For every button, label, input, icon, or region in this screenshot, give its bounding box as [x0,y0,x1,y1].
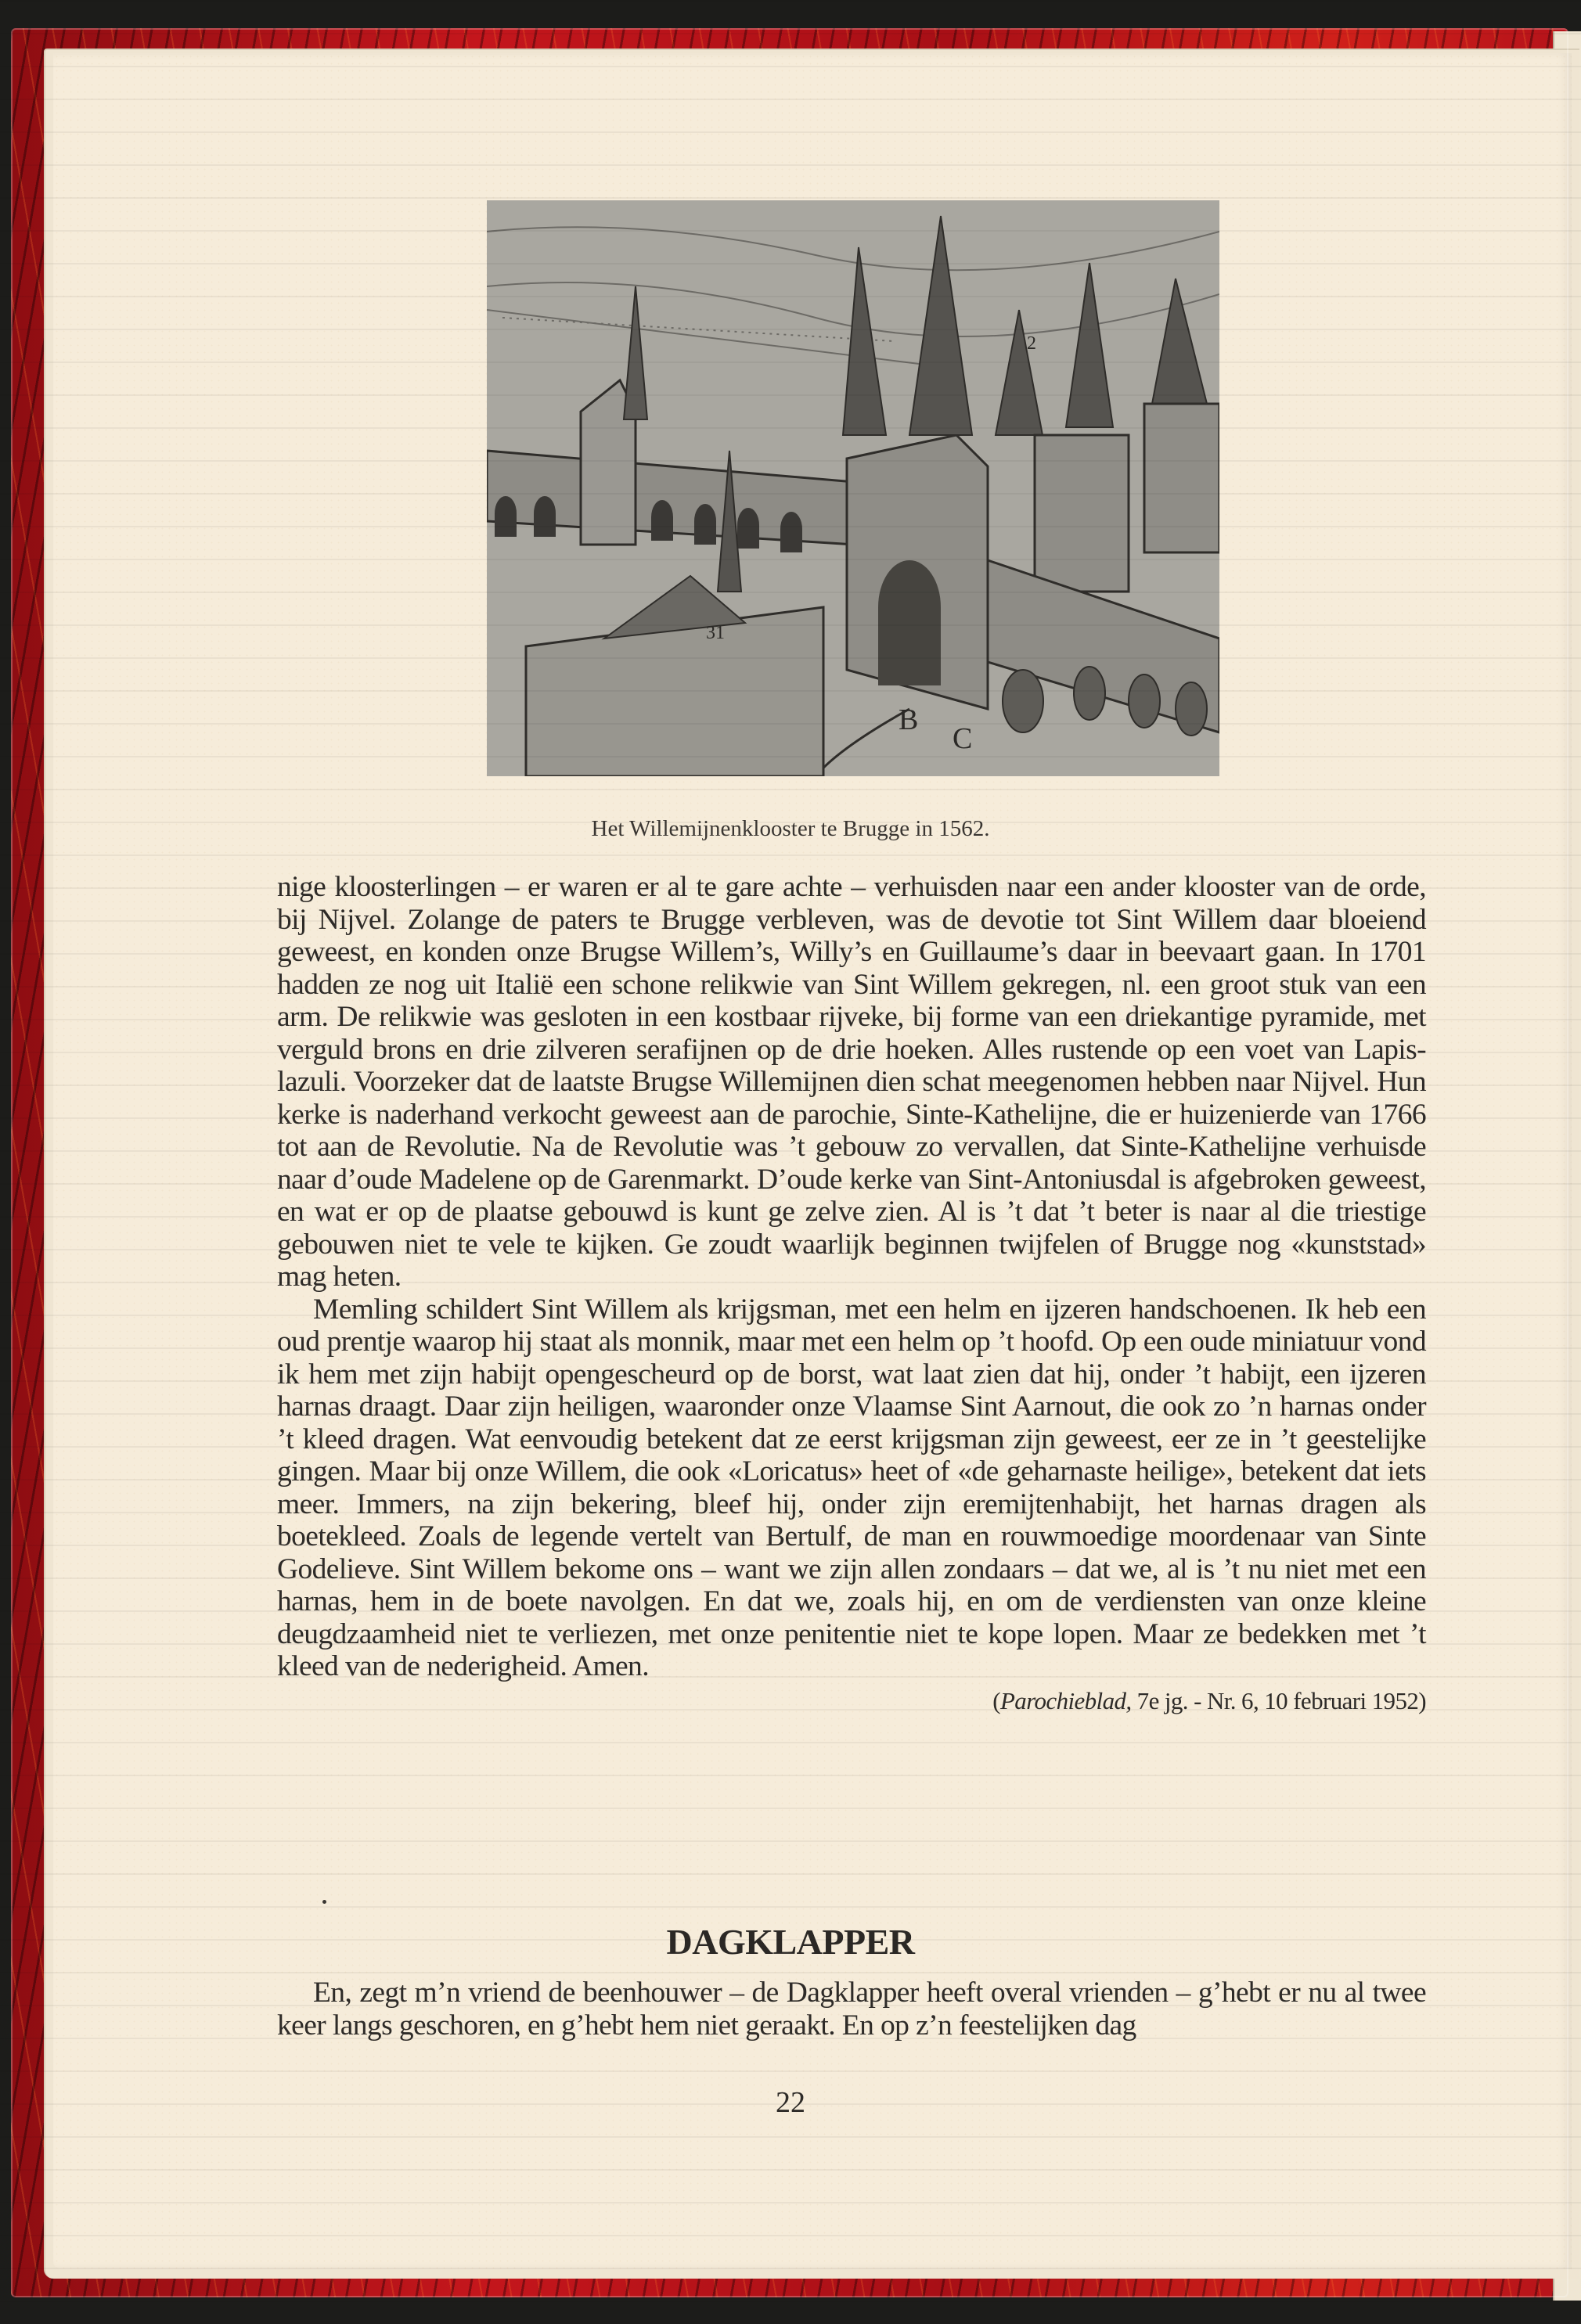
section-body: En, zegt m’n vriend de beenhouwer – de D… [277,1977,1426,2042]
section-heading: DAGKLAPPER [0,1921,1581,1962]
illustration-label-c: C [953,722,972,755]
page-number: 22 [0,2085,1581,2120]
paragraph: En, zegt m’n vriend de beenhouwer – de D… [277,1977,1426,2042]
source-citation: (Parochieblad, 7e jg. - Nr. 6, 10 februa… [277,1685,1426,1718]
paragraph: nige kloosterlingen – er waren er al te … [277,871,1426,1293]
citation-publication: Parochieblad, [1000,1687,1132,1714]
citation-details: 7e jg. - Nr. 6, 10 februari 1952) [1132,1687,1426,1714]
illustration-caption: Het Willemijnenklooster te Brugge in 156… [0,816,1581,842]
illustration-label-31: 31 [706,623,725,643]
illustration-label-b: B [899,703,918,736]
ink-speck [322,1900,326,1904]
paragraph: Memling schildert Sint Willem als krijgs… [277,1293,1426,1683]
illustration-label-2: 2 [1027,333,1036,354]
abbey-engraving-icon: B C 31 2 [487,200,1219,776]
citation-open-paren: ( [992,1687,1000,1714]
engraving-illustration: B C 31 2 [487,200,1219,776]
article-body: nige kloosterlingen – er waren er al te … [277,871,1426,1717]
